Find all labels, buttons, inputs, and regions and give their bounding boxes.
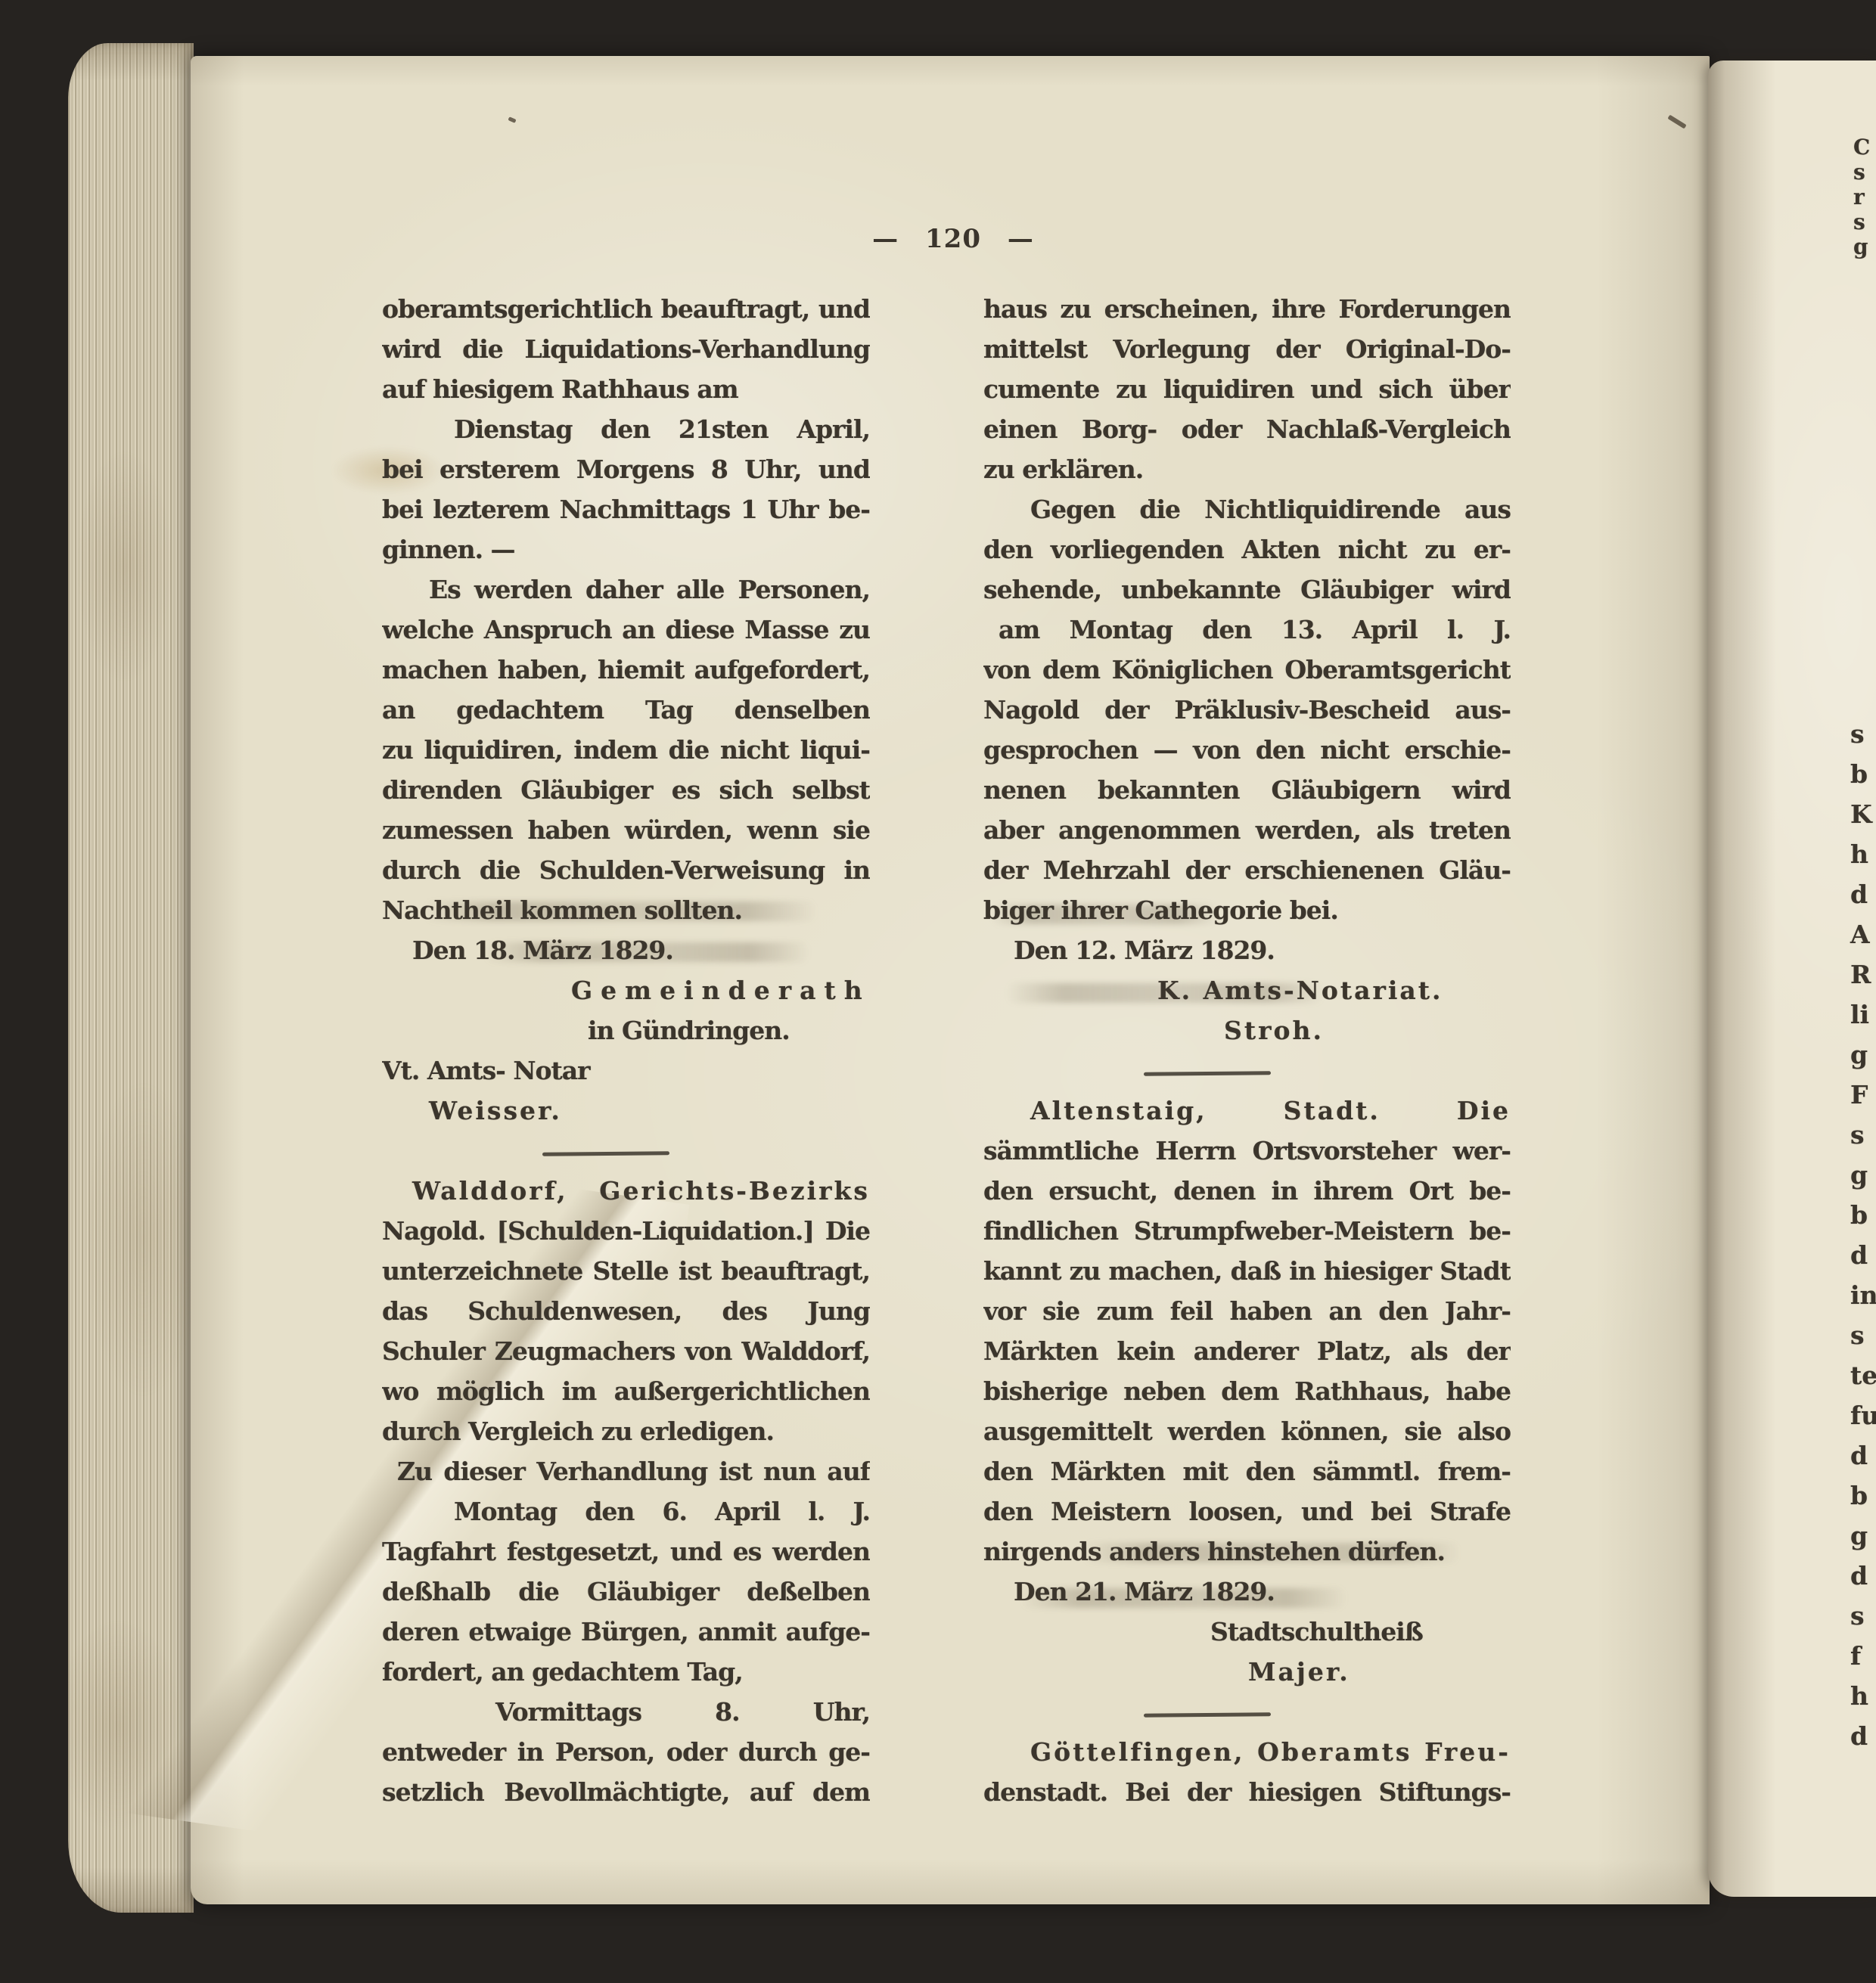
text-line: oberamtsgerichtlich beauftragt, und (382, 290, 870, 330)
text-line: Den 21. März 1829. (983, 1573, 1511, 1613)
ink-speck (508, 116, 516, 123)
text-line: sämmtliche Herrn Ortsvorsteher wer- (983, 1132, 1511, 1172)
text-line: Majer. (983, 1653, 1511, 1693)
text-fragment: b (1850, 1476, 1876, 1516)
text-line: Vt. Amts- Notar (382, 1052, 870, 1092)
text-line: vor sie zum feil haben an den Jahr- (983, 1293, 1511, 1333)
text-line: Dienstag den 21sten April, (382, 411, 870, 451)
text-line: nenen bekannten Gläubigern wird (983, 771, 1511, 812)
text-line: cumente zu liquidiren und sich über (983, 371, 1511, 411)
text-fragment: d (1850, 874, 1876, 914)
text-line: Vormittags 8. Uhr, (382, 1693, 870, 1733)
text-line: das Schuldenwesen, des Jung Conrad (382, 1293, 870, 1333)
text-line: Weisser. (382, 1092, 870, 1132)
text-line: mittelst Vorlegung der Original-Do- (983, 330, 1511, 371)
text-line: Göttelfingen, Oberamts Freu- (983, 1733, 1511, 1774)
text-line: kannt zu machen, daß in hiesiger Stadt (983, 1252, 1511, 1293)
text-fragment: h (1850, 834, 1876, 874)
text-line: Gemeinderath (382, 972, 870, 1012)
text-fragment: b (1850, 1195, 1876, 1235)
text-line: Stroh. (983, 1012, 1511, 1052)
text-line: denstadt. Bei der hiesigen Stiftungs- (983, 1774, 1511, 1814)
text-line: den vorliegenden Akten nicht zu er- (983, 531, 1511, 571)
text-line: Walddorf, Gerichts-Bezirks (382, 1172, 870, 1212)
text-line: unterzeichnete Stelle ist beauftragt, (382, 1252, 870, 1293)
text-line (382, 1132, 870, 1172)
text-fragment: K (1850, 794, 1876, 834)
text-fragment: b (1850, 754, 1876, 794)
text-line: einen Borg- oder Nachlaß-Vergleich (983, 411, 1511, 451)
text-line: fordert, an gedachtem Tag, (382, 1653, 870, 1693)
text-line: am Montag den 13. April l. J. (983, 611, 1511, 651)
text-line: setzlich Bevollmächtigte, auf dem Rath- (382, 1774, 870, 1814)
text-column-right: haus zu erscheinen, ihre Forderungenmitt… (983, 290, 1511, 1814)
text-line: wird die Liquidations-Verhandlung (382, 330, 870, 371)
text-line: den Märkten mit den sämmtl. frem- (983, 1453, 1511, 1493)
text-line: bei lezterem Nachmittags 1 Uhr be- (382, 491, 870, 531)
text-line (983, 1693, 1511, 1733)
text-line: entweder in Person, oder durch ge- (382, 1733, 870, 1774)
text-line: sehende, unbekannte Gläubiger wird (983, 571, 1511, 611)
text-fragment: s (1853, 209, 1870, 234)
text-line: gesprochen — von den nicht erschie- (983, 731, 1511, 771)
text-fragment: g (1850, 1516, 1876, 1556)
text-line: Schuler Zeugmachers von Walddorf, (382, 1333, 870, 1373)
text-fragment: A (1850, 914, 1876, 954)
text-line: haus zu erscheinen, ihre Forderungen (983, 290, 1511, 330)
text-fragment: g (1850, 1155, 1876, 1195)
text-line: Den 18. März 1829. (382, 932, 870, 972)
text-line: Den 12. März 1829. (983, 932, 1511, 972)
book-fore-edge-stack (68, 43, 194, 1913)
text-line: Märkten kein anderer Platz, als der (983, 1333, 1511, 1373)
text-line: deren etwaige Bürgen, anmit aufge- (382, 1613, 870, 1653)
page-number: — 120 — (840, 224, 1067, 254)
text-fragment: s (1853, 160, 1870, 185)
text-line: bei ersterem Morgens 8 Uhr, und (382, 451, 870, 491)
text-line: in Gündringen. (382, 1012, 870, 1052)
text-line: von dem Königlichen Oberamtsgericht (983, 651, 1511, 691)
text-line: Es werden daher alle Personen, (382, 571, 870, 611)
text-line: Nagold. [Schulden-Liquidation.] Die (382, 1212, 870, 1252)
text-line: bisherige neben dem Rathhaus, habe (983, 1373, 1511, 1413)
text-line: machen haben, hiemit aufgefordert, (382, 651, 870, 691)
text-line: wo möglich im außergerichtlichen Wege (382, 1373, 870, 1413)
text-fragment: r (1853, 185, 1870, 209)
text-line: Nagold der Präklusiv-Bescheid aus- (983, 691, 1511, 731)
text-column-left: oberamtsgerichtlich beauftragt, undwird … (382, 290, 870, 1814)
text-fragment: d (1850, 1556, 1876, 1596)
text-line: direnden Gläubiger es sich selbst bei- (382, 771, 870, 812)
text-fragment: te (1850, 1355, 1876, 1395)
text-line: nirgends anders hinstehen dürfen. (983, 1533, 1511, 1573)
text-fragment: f (1850, 1636, 1876, 1676)
text-line: Altenstaig, Stadt. Die (983, 1092, 1511, 1132)
text-fragment: s (1850, 1596, 1876, 1636)
text-line: Zu dieser Verhandlung ist nun auf (382, 1453, 870, 1493)
text-line: findlichen Strumpfweber-Meistern be- (983, 1212, 1511, 1252)
text-fragment: li (1850, 995, 1876, 1035)
text-line: zu liquidiren, indem die nicht liqui- (382, 731, 870, 771)
text-line: K. Amts-Notariat. (983, 972, 1511, 1012)
book-page: — 120 — oberamtsgerichtlich beauftragt, … (191, 56, 1710, 1904)
text-line: ginnen. — (382, 531, 870, 571)
text-fragment: d (1850, 1716, 1876, 1756)
text-fragment: h (1850, 1676, 1876, 1716)
text-line: aber angenommen werden, als treten (983, 812, 1511, 852)
text-line (983, 1052, 1511, 1092)
text-line: ausgemittelt werden können, sie also an (983, 1413, 1511, 1453)
text-fragment: s (1850, 1115, 1876, 1155)
text-fragment: g (1850, 1035, 1876, 1075)
text-line: Nachtheil kommen sollten. (382, 892, 870, 932)
text-fragment: C (1853, 135, 1870, 160)
text-line: den Meistern loosen, und bei Strafe (983, 1493, 1511, 1533)
text-line: Tagfahrt festgesetzt, und es werden (382, 1533, 870, 1573)
text-line: auf hiesigem Rathhaus am (382, 371, 870, 411)
next-page-text-fragments: Csrsg (1853, 135, 1870, 259)
text-fragment: F (1850, 1075, 1876, 1115)
text-line: Stadtschultheiß (983, 1613, 1511, 1653)
text-line: Gegen die Nichtliquidirende aus (983, 491, 1511, 531)
text-line: durch Vergleich zu erledigen. (382, 1413, 870, 1453)
text-line: den ersucht, denen in ihrem Ort be- (983, 1172, 1511, 1212)
text-line: biger ihrer Cathegorie bei. (983, 892, 1511, 932)
text-fragment: d (1850, 1435, 1876, 1476)
text-fragment: R (1850, 954, 1876, 995)
text-line: Montag den 6. April l. J. (382, 1493, 870, 1533)
text-fragment: s (1850, 714, 1876, 754)
text-fragment: fu (1850, 1395, 1876, 1435)
text-line: zumessen haben würden, wenn sie (382, 812, 870, 852)
text-line: welche Anspruch an diese Masse zu (382, 611, 870, 651)
book-scan: — 120 — oberamtsgerichtlich beauftragt, … (0, 0, 1876, 1983)
text-fragment: in (1850, 1275, 1876, 1315)
text-line: der Mehrzahl der erschienenen Gläu- (983, 852, 1511, 892)
next-page-text-fragments: sbKhdARligFsgbdinstefudbgdsfhd (1850, 714, 1876, 1756)
text-line: an gedachtem Tag denselben gehörig (382, 691, 870, 731)
text-line: deßhalb die Gläubiger deßelben oder (382, 1573, 870, 1613)
text-fragment: s (1850, 1315, 1876, 1355)
text-fragment: d (1850, 1235, 1876, 1275)
fore-edge-mottling (68, 43, 194, 1913)
text-line: zu erklären. (983, 451, 1511, 491)
text-fragment: g (1853, 234, 1870, 259)
text-line: durch die Schulden-Verweisung in (382, 852, 870, 892)
ink-speck (1667, 115, 1686, 129)
